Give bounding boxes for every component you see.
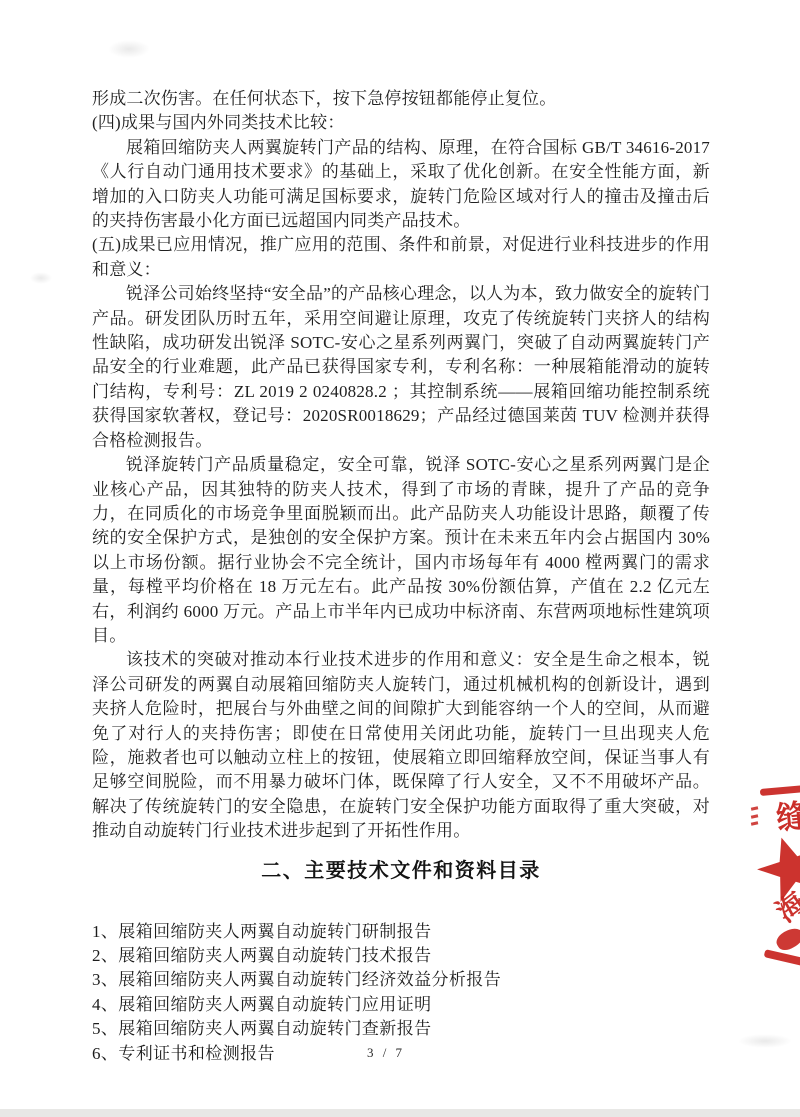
seal-tick: [751, 814, 758, 818]
red-seal-stamp: 缝 海: [750, 784, 800, 976]
seal-fragment-bar: [764, 949, 800, 967]
list-item: 2、展箱回缩防夹人两翼自动旋转门技术报告: [92, 944, 710, 968]
scan-edge-shadow: [0, 1109, 800, 1117]
section-heading: 二、主要技术文件和资料目录: [92, 858, 710, 884]
scan-artifact: [108, 40, 150, 58]
body-paragraph: 锐泽公司始终坚持“安全品”的产品核心理念，以人为本，致力做安全的旋转门产品。研发…: [92, 282, 710, 453]
page-number: 3 / 7: [0, 1045, 786, 1061]
list-item: 1、展箱回缩防夹人两翼自动旋转门研制报告: [92, 920, 710, 944]
body-paragraph: (五)成果已应用情况，推广应用的范围、条件和前景，对促进行业科技进步的作用和意义…: [92, 233, 710, 282]
list-item: 4、展箱回缩防夹人两翼自动旋转门应用证明: [92, 993, 710, 1017]
body-paragraph: (四)成果与国内外同类技术比较：: [92, 111, 710, 135]
body-paragraph: 形成二次伤害。在任何状态下，按下急停按钮都能停止复位。: [92, 87, 710, 111]
seal-fragment-ticks: [751, 802, 758, 830]
seal-tick: [751, 821, 758, 825]
seal-tick: [751, 806, 758, 810]
body-paragraphs: 形成二次伤害。在任何状态下，按下急停按钮都能停止复位。(四)成果与国内外同类技术…: [92, 87, 710, 844]
list-item: 5、展箱回缩防夹人两翼自动旋转门查新报告: [92, 1017, 710, 1041]
document-body: 形成二次伤害。在任何状态下，按下急停按钮都能停止复位。(四)成果与国内外同类技术…: [92, 87, 710, 1066]
document-page: 形成二次伤害。在任何状态下，按下急停按钮都能停止复位。(四)成果与国内外同类技术…: [0, 0, 800, 1117]
body-paragraph: 锐泽旋转门产品质量稳定，安全可靠，锐泽 SOTC-安心之星系列两翼门是企业核心产…: [92, 453, 710, 648]
body-paragraph: 该技术的突破对推动本行业技术进步的作用和意义：安全是生命之根本，锐泽公司研发的两…: [92, 648, 710, 843]
scan-artifact: [30, 272, 52, 284]
list-item: 3、展箱回缩防夹人两翼自动旋转门经济效益分析报告: [92, 968, 710, 992]
body-paragraph: 展箱回缩防夹人两翼旋转门产品的结构、原理，在符合国标 GB/T 34616-20…: [92, 136, 710, 234]
scan-artifact: [738, 1034, 792, 1048]
seal-fragment-blob: [773, 924, 800, 954]
